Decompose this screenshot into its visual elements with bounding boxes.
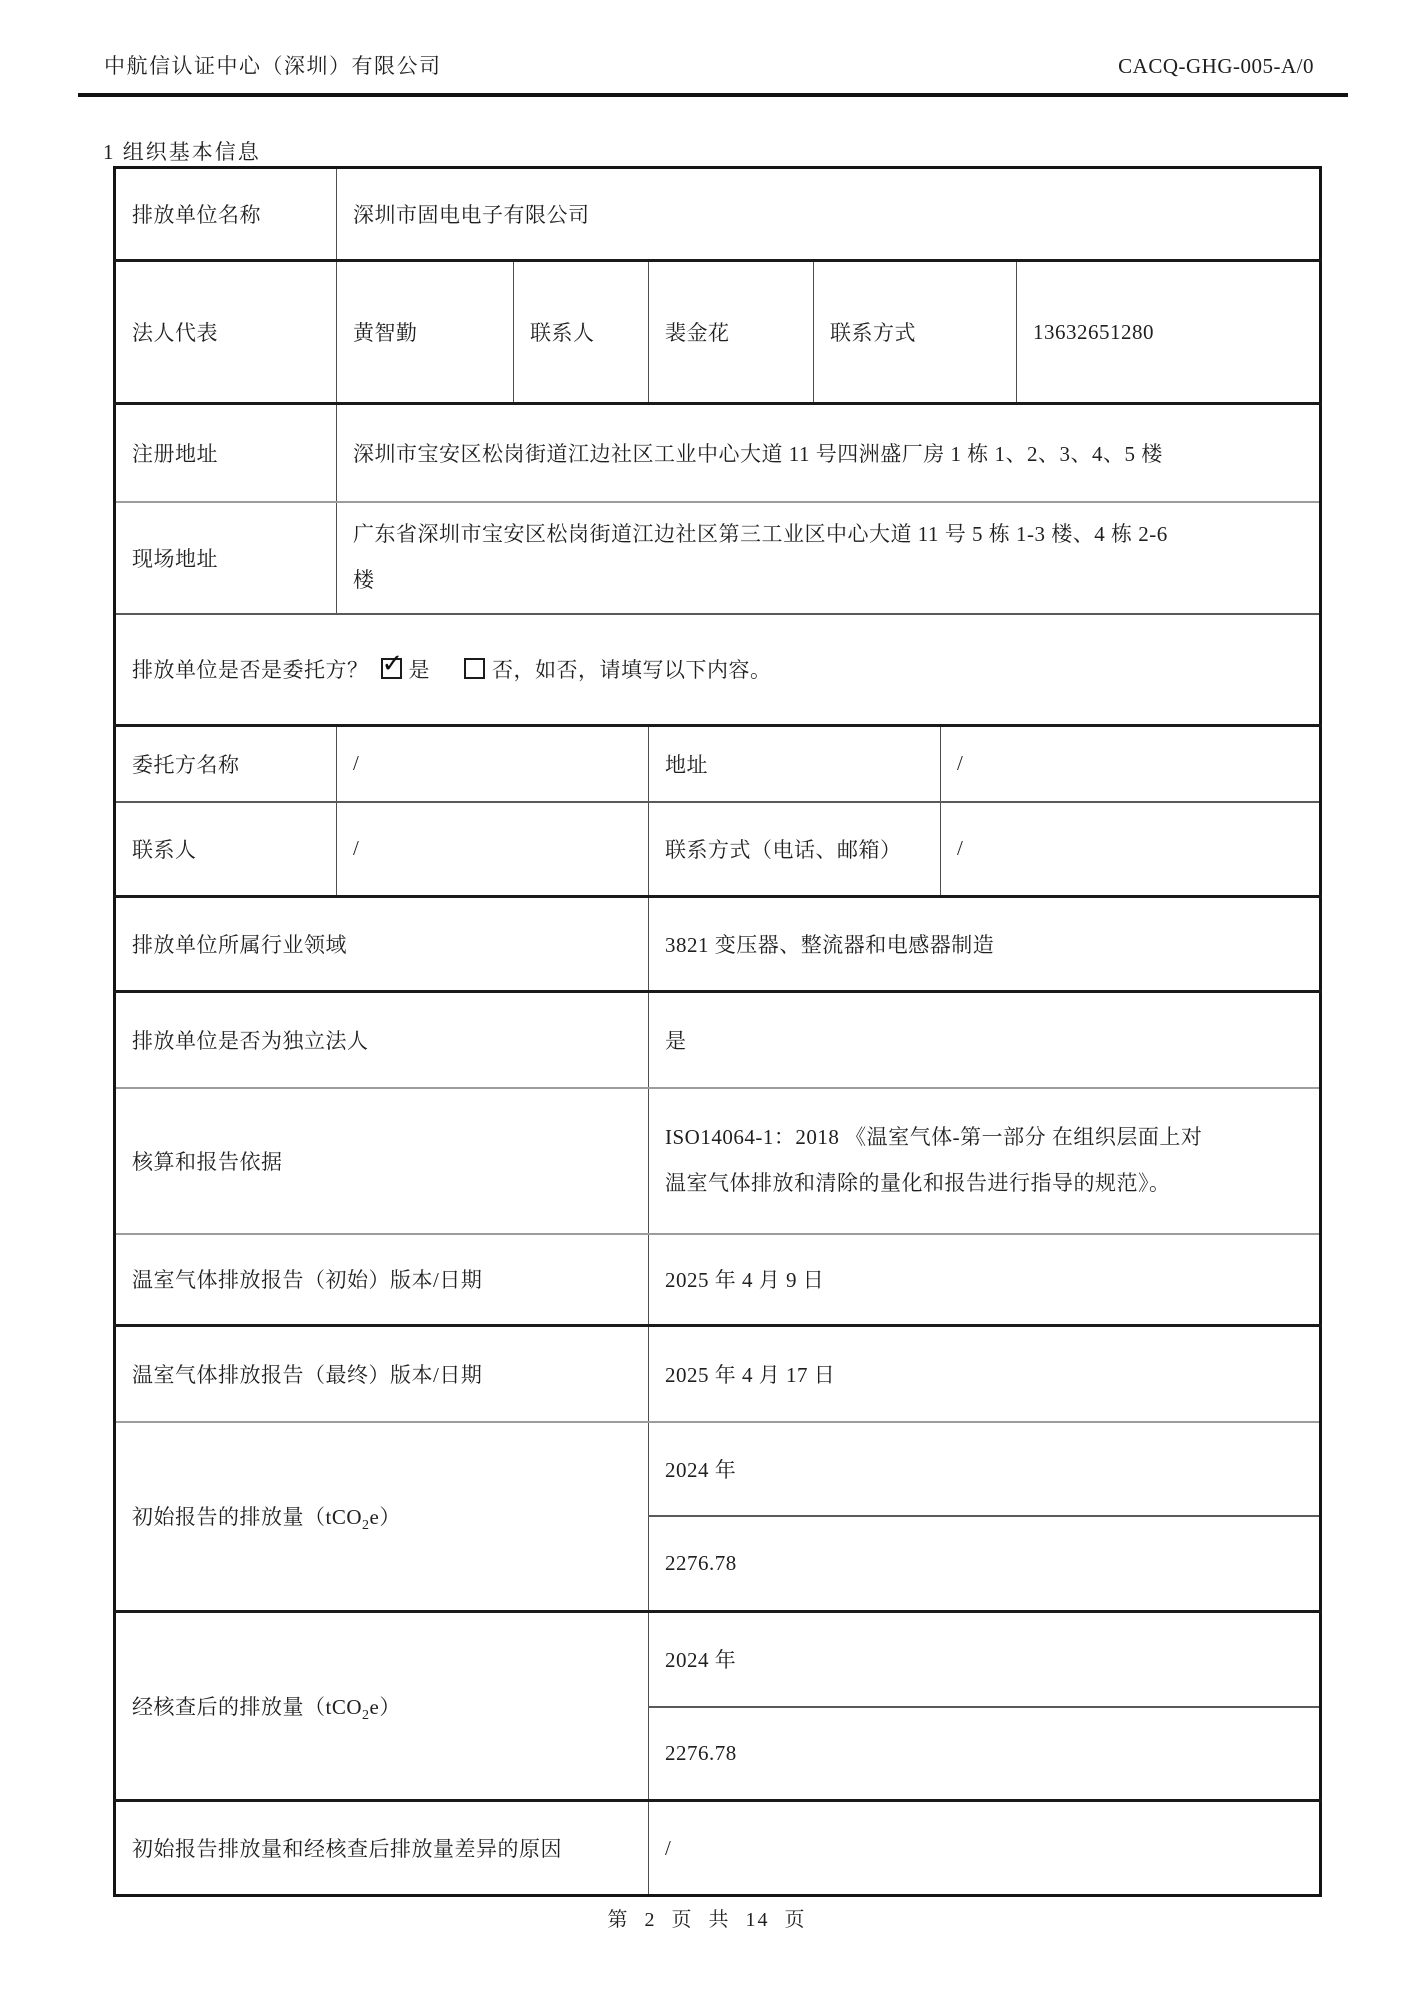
client-contact-value: / [337,802,649,897]
initial-report-date-value: 2025 年 4 月 9 日 [649,1234,1321,1326]
row-industry: 排放单位所属行业领域 3821 变压器、整流器和电感器制造 [115,897,1321,992]
client-contact-label: 联系人 [115,802,337,897]
client-address-value: / [941,726,1321,802]
final-report-date-label: 温室气体排放报告（最终）版本/日期 [115,1326,649,1422]
check-mark-icon: ✓ [382,649,404,679]
verified-emissions-label-sub: 2 [362,1708,370,1723]
no-checkbox-unchecked [464,658,485,679]
row-final-report-date: 温室气体排放报告（最终）版本/日期 2025 年 4 月 17 日 [115,1326,1321,1422]
verified-emissions-amount: 2276.78 [649,1707,1321,1801]
independent-legal-value: 是 [649,992,1321,1088]
row-initial-emissions-year: 初始报告的排放量（tCO2e） 2024 年 [115,1422,1321,1516]
client-address-label: 地址 [649,726,941,802]
diff-reason-label: 初始报告排放量和经核查后排放量差异的原因 [115,1801,649,1896]
row-client-contact: 联系人 / 联系方式（电话、邮箱） / [115,802,1321,897]
verified-emissions-label-prefix: 经核查后的排放量（tCO [132,1695,362,1719]
client-contact-method-value: / [941,802,1321,897]
header-rule [78,93,1348,97]
basis-line2: 温室气体排放和清除的量化和报告进行指导的规范》。 [665,1171,1171,1195]
reg-address-value: 深圳市宝安区松岗街道江边社区工业中心大道 11 号四洲盛厂房 1 栋 1、2、3… [337,404,1321,502]
row-basis: 核算和报告依据 ISO14064-1：2018 《温室气体-第一部分 在组织层面… [115,1088,1321,1234]
verified-emissions-label-suffix: e） [370,1695,401,1719]
contact-method-label: 联系方式 [814,261,1017,404]
row-diff-reason: 初始报告排放量和经核查后排放量差异的原因 / [115,1801,1321,1896]
row-site-address: 现场地址 广东省深圳市宝安区松岗街道江边社区第三工业区中心大道 11 号 5 栋… [115,502,1321,614]
legal-rep-value: 黄智勤 [337,261,514,404]
legal-rep-label: 法人代表 [115,261,337,404]
basis-line1: ISO14064-1：2018 《温室气体-第一部分 在组织层面上对 [665,1125,1202,1149]
industry-label: 排放单位所属行业领域 [115,897,649,992]
client-contact-method-label: 联系方式（电话、邮箱） [649,802,941,897]
site-address-line1: 广东省深圳市宝安区松岗街道江边社区第三工业区中心大道 11 号 5 栋 1-3 … [353,522,1168,546]
contact-person-label: 联系人 [514,261,649,404]
initial-report-date-label: 温室气体排放报告（初始）版本/日期 [115,1234,649,1326]
page-number-footer: 第 2 页 共 14 页 [0,1903,1414,1932]
verified-emissions-label: 经核查后的排放量（tCO2e） [115,1612,649,1801]
client-question-text: 排放单位是否是委托方？ [132,658,369,682]
initial-emissions-label-prefix: 初始报告的排放量（tCO [132,1505,362,1529]
final-report-date-value: 2025 年 4 月 17 日 [649,1326,1321,1422]
client-question-cell: 排放单位是否是委托方？✓是否，如否，请填写以下内容。 [115,614,1321,726]
client-name-value: / [337,726,649,802]
document-page: 中航信认证中心（深圳）有限公司 CACQ-GHG-005-A/0 1 组织基本信… [0,0,1414,2000]
site-address-value: 广东省深圳市宝安区松岗街道江边社区第三工业区中心大道 11 号 5 栋 1-3 … [337,502,1321,614]
basis-label: 核算和报告依据 [115,1088,649,1234]
initial-emissions-label: 初始报告的排放量（tCO2e） [115,1422,649,1612]
independent-legal-label: 排放单位是否为独立法人 [115,992,649,1088]
initial-emissions-label-suffix: e） [370,1505,401,1529]
basis-value: ISO14064-1：2018 《温室气体-第一部分 在组织层面上对 温室气体排… [649,1088,1321,1234]
diff-reason-value: / [649,1801,1321,1896]
site-address-label: 现场地址 [115,502,337,614]
header-doc-code: CACQ-GHG-005-A/0 [1118,54,1348,79]
verified-emissions-year: 2024 年 [649,1612,1321,1707]
page-header: 中航信认证中心（深圳）有限公司 CACQ-GHG-005-A/0 [78,50,1348,80]
site-address-line2: 楼 [353,568,375,592]
unit-name-label: 排放单位名称 [115,168,337,261]
no-label: 否，如否，请填写以下内容。 [492,658,772,682]
row-independent-legal: 排放单位是否为独立法人 是 [115,992,1321,1088]
row-client-name: 委托方名称 / 地址 / [115,726,1321,802]
row-verified-emissions-year: 经核查后的排放量（tCO2e） 2024 年 [115,1612,1321,1707]
row-unit-name: 排放单位名称 深圳市固电电子有限公司 [115,168,1321,261]
section-title: 1 组织基本信息 [103,136,261,166]
initial-emissions-year: 2024 年 [649,1422,1321,1516]
header-org-name: 中航信认证中心（深圳）有限公司 [78,50,442,80]
org-info-table: 排放单位名称 深圳市固电电子有限公司 法人代表 黄智勤 联系人 裴金花 联系方式… [113,166,1322,1897]
row-client-question: 排放单位是否是委托方？✓是否，如否，请填写以下内容。 [115,614,1321,726]
yes-checkbox-checked: ✓ [381,658,402,679]
unit-name-value: 深圳市固电电子有限公司 [337,168,1321,261]
initial-emissions-amount: 2276.78 [649,1516,1321,1612]
reg-address-label: 注册地址 [115,404,337,502]
contact-method-value: 13632651280 [1017,261,1321,404]
row-legal-rep: 法人代表 黄智勤 联系人 裴金花 联系方式 13632651280 [115,261,1321,404]
initial-emissions-label-sub: 2 [362,1518,370,1533]
client-name-label: 委托方名称 [115,726,337,802]
contact-person-value: 裴金花 [649,261,814,404]
row-reg-address: 注册地址 深圳市宝安区松岗街道江边社区工业中心大道 11 号四洲盛厂房 1 栋 … [115,404,1321,502]
row-initial-report-date: 温室气体排放报告（初始）版本/日期 2025 年 4 月 9 日 [115,1234,1321,1326]
industry-value: 3821 变压器、整流器和电感器制造 [649,897,1321,992]
yes-label: 是 [409,658,431,682]
